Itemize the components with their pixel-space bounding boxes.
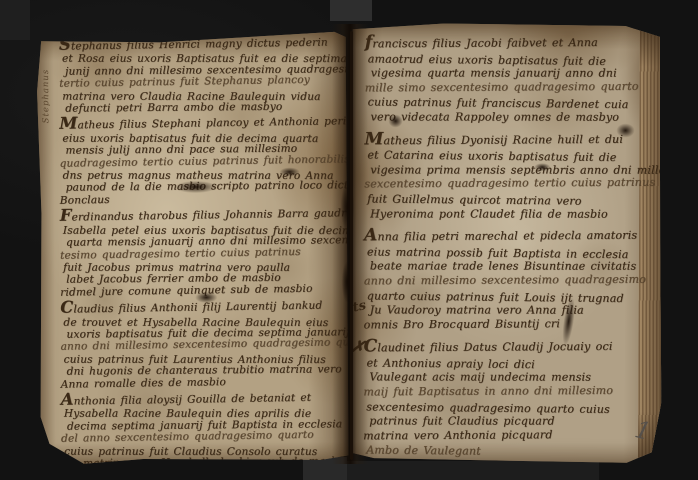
manuscript-line: Matheus filius Dyonisij Racine huill et … <box>364 130 630 148</box>
manuscript-line: sexcentesimo quadragesimo tertio cuius p… <box>364 176 630 192</box>
manuscript-line: mille simo sexcentesimo quadragesimo qua… <box>365 80 631 96</box>
ink-blot <box>195 292 217 303</box>
ink-blot <box>280 167 300 176</box>
manuscript-line: Ferdinandus tharobus filius Johannis Bar… <box>60 206 342 225</box>
manuscript-line: matrina vero Anthonia picquard <box>363 428 629 444</box>
register-entry: Anna filia petri marechal et pidecla ama… <box>364 229 630 334</box>
manuscript-line: Matheus filius Stephani plancoy et Antho… <box>59 114 341 133</box>
register-entry: Stephanus filius Henrici magny dictus pe… <box>59 37 341 115</box>
manuscript-line: Hyeronima pont Claudet filia de masbio <box>370 207 630 222</box>
manuscript-line: Claudinet filius Datus Claudij Jocuaiy o… <box>363 338 629 356</box>
right-page: franciscus filius Jacobi faibvet et Anna… <box>349 21 663 464</box>
page-stack-fore-edge <box>638 23 663 465</box>
manuscript-line: Anthonia filia aloysij Gouilla de betani… <box>61 389 343 408</box>
left-page: Stephanus Stephanus filius Henrici magny… <box>35 29 349 465</box>
left-page-text: Stephanus filius Henrici magny dictus pe… <box>59 37 343 465</box>
photo-stage: Stephanus Stephanus filius Henrici magny… <box>0 0 698 480</box>
manuscript-line: franciscus filius Jacobi faibvet et Anna <box>365 34 631 52</box>
margin-annotation: Stephanus <box>41 69 51 124</box>
background-strip-top-left <box>0 0 30 40</box>
manuscript-line: Ambo de Vaulegant <box>366 444 629 461</box>
ink-blot <box>616 123 634 137</box>
manuscript-line: defuncti petri Barra ambo die masbyo <box>65 100 341 115</box>
register-entry: Claudinet filius Datus Claudij Jocuaiy o… <box>363 340 630 460</box>
manuscript-line: Stephanus filius Henrici magny dictus pe… <box>59 34 341 53</box>
manuscript-line: maij fuit Baptisatus in anno dni millesi… <box>363 384 629 400</box>
manuscript-line: omnis Bro Brocquard Bisuntij cri <box>364 316 630 332</box>
register-entry: Matheus filius Dyonisij Racine huill et … <box>364 132 630 223</box>
manuscript-book: Stephanus Stephanus filius Henrici magny… <box>36 20 666 468</box>
background-strip-top <box>330 0 372 21</box>
margin-mark-x: ✗ <box>349 336 366 358</box>
manuscript-line: et matrina vero Hysabella barbier sub de… <box>67 455 343 465</box>
ink-blot <box>389 114 403 127</box>
manuscript-line: Anna filia petri marechal et pidecla ama… <box>364 227 630 245</box>
manuscript-line: anno dni millesimo sexcentesimo quadrage… <box>364 273 630 289</box>
register-entry: Anthonia filia aloysij Gouilla de betani… <box>61 392 343 465</box>
register-entry: franciscus filius Jacobi faibvet et Anna… <box>365 35 631 126</box>
register-entry: Matheus filius Stephani plancoy et Antho… <box>59 117 341 207</box>
right-page-text: franciscus filius Jacobi faibvet et Anna… <box>363 35 631 459</box>
ink-blot <box>534 163 550 171</box>
register-entry: Ferdinandus tharobus filius Johannis Bar… <box>60 208 342 298</box>
manuscript-line: anno dni millesimo sexcentesimo quadrage… <box>60 337 342 354</box>
manuscript-line: vero videcata Rappoley omnes de masbyo <box>371 110 631 125</box>
margin-mark-ts: ts <box>351 298 367 315</box>
register-entry: Claudius filius Anthonii filij Laurentij… <box>60 300 342 390</box>
